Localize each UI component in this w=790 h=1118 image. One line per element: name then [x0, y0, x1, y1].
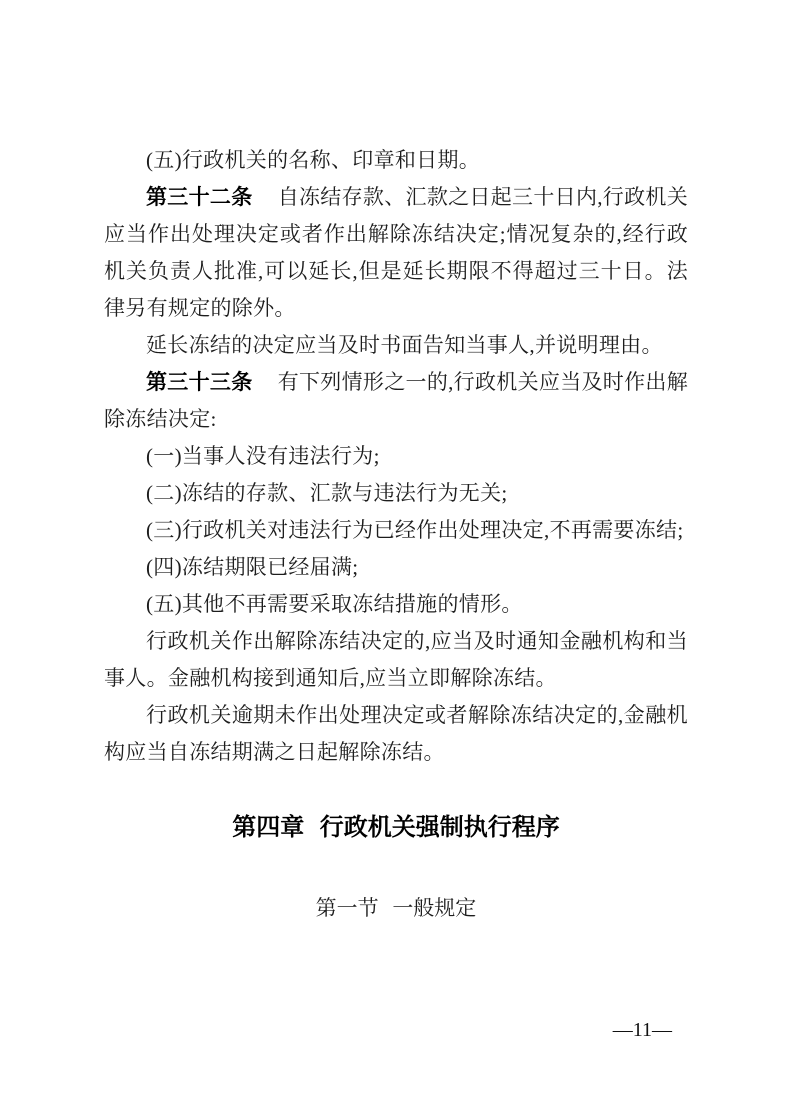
list-item-5: (五)其他不再需要采取冻结措施的情形。: [104, 586, 688, 623]
chapter-4-title: 行政机关强制执行程序: [320, 814, 560, 841]
document-body: (五)行政机关的名称、印章和日期。 第三十二条自冻结存款、汇款之日起三十日内,行…: [104, 142, 688, 927]
paragraph-item-5-of-article-31: (五)行政机关的名称、印章和日期。: [104, 142, 688, 179]
list-item-2: (二)冻结的存款、汇款与违法行为无关;: [104, 475, 688, 512]
document-page: (五)行政机关的名称、印章和日期。 第三十二条自冻结存款、汇款之日起三十日内,行…: [0, 0, 790, 1118]
list-item-3: (三)行政机关对违法行为已经作出处理决定,不再需要冻结;: [104, 512, 688, 549]
article-33-number: 第三十三条: [146, 371, 253, 394]
paragraph-overdue-unfreeze: 行政机关逾期未作出处理决定或者解除冻结决定的,金融机构应当自冻结期满之日起解除冻…: [104, 697, 688, 771]
article-32-number: 第三十二条: [146, 186, 253, 209]
chapter-4-label: 第四章: [232, 814, 304, 841]
section-1-label: 第一节: [316, 896, 379, 920]
paragraph-extend-freeze: 延长冻结的决定应当及时书面告知当事人,并说明理由。: [104, 327, 688, 364]
paragraph-article-32: 第三十二条自冻结存款、汇款之日起三十日内,行政机关应当作出处理决定或者作出解除冻…: [104, 179, 688, 327]
chapter-4-heading: 第四章行政机关强制执行程序: [104, 809, 688, 846]
section-1-title: 一般规定: [392, 896, 476, 920]
list-item-4: (四)冻结期限已经届满;: [104, 549, 688, 586]
list-item-1: (一)当事人没有违法行为;: [104, 438, 688, 475]
page-number: —11—: [613, 1018, 672, 1042]
section-1-heading: 第一节一般规定: [104, 890, 688, 927]
paragraph-article-33: 第三十三条有下列情形之一的,行政机关应当及时作出解除冻结决定:: [104, 364, 688, 438]
paragraph-notify-unfreeze: 行政机关作出解除冻结决定的,应当及时通知金融机构和当事人。金融机构接到通知后,应…: [104, 623, 688, 697]
